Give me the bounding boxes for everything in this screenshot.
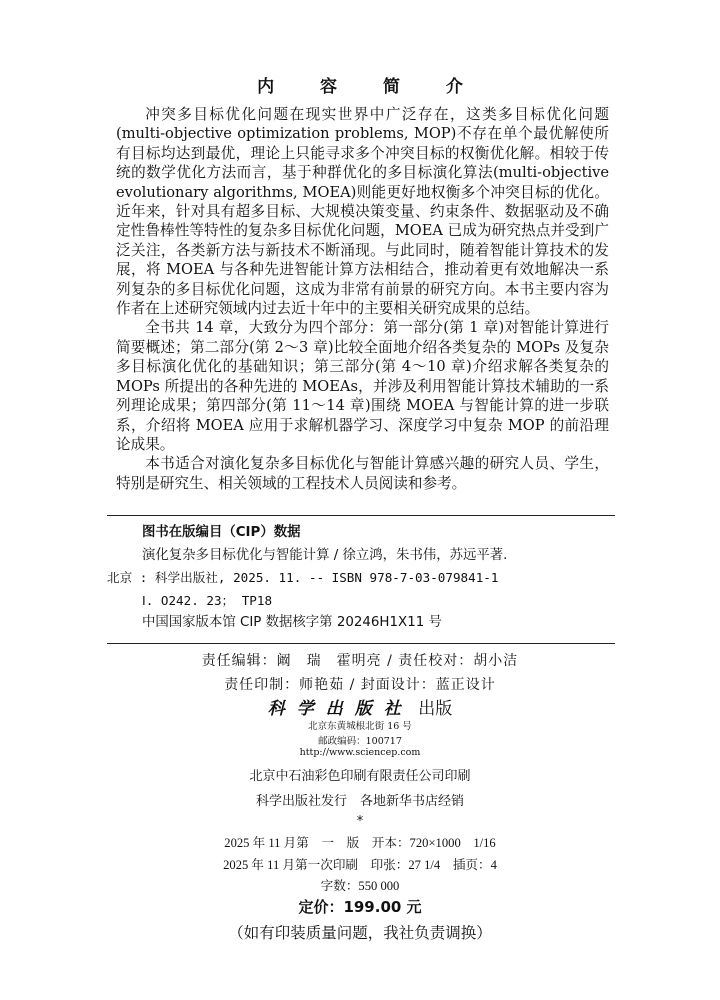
printing-line: 责任印制：师艳茹 / 封面设计：蓝正设计	[0, 674, 720, 694]
price: 定价：199.00 元	[0, 896, 720, 917]
intro-paragraph: 全书共 14 章，大致分为四个部分：第一部分(第 1 章)对智能计算进行简要概述…	[116, 318, 609, 454]
word-count: 字数：550 000	[0, 875, 720, 894]
distribution-line: 科学出版社发行 各地新华书店经销	[0, 790, 720, 809]
intro-paragraph: 冲突多目标优化问题在现实世界中广泛存在，这类多目标优化问题(multi-obje…	[116, 105, 609, 318]
cip-title-line: 演化复杂多目标优化与智能计算 / 徐立鸿，朱书伟，苏远平著.	[107, 545, 615, 568]
edition-line: 2025 年 11 月第 一 版 开本：720×1000 1/16	[0, 832, 720, 851]
cip-block: 图书在版编目（CIP）数据 演化复杂多目标优化与智能计算 / 徐立鸿，朱书伟，苏…	[107, 522, 615, 635]
printer-line: 北京中石油彩色印刷有限责任公司印刷	[0, 765, 720, 784]
separator-asterisk: *	[0, 814, 720, 829]
divider-top	[107, 515, 615, 516]
quality-note: （如有印装质量问题，我社负责调换）	[0, 921, 720, 943]
cip-heading: 图书在版编目（CIP）数据	[107, 522, 615, 545]
cip-classification: Ⅰ. O242. 23； TP18	[107, 590, 615, 613]
divider-bottom	[107, 643, 615, 644]
cip-publisher-line: 北京 : 科学出版社, 2025. 11. -- ISBN 978-7-03-0…	[107, 567, 615, 590]
publisher-suffix: 出版	[418, 699, 452, 719]
cip-record-number: 中国国家版本馆 CIP 数据核字第 20246H1X11 号	[107, 612, 615, 635]
page-title: 内 容 简 介	[0, 72, 720, 97]
printing-info-line: 2025 年 11 月第一次印刷 印张：27 1/4 插页：4	[0, 854, 720, 873]
editors-line: 责任编辑：阚 瑞 霍明亮 / 责任校对：胡小洁	[0, 650, 720, 670]
publisher-address: 北京东黄城根北街 16 号	[0, 718, 720, 732]
publisher-logo: 科学出版社	[268, 699, 413, 719]
publisher-postcode: 邮政编码：100717	[0, 733, 720, 747]
intro-paragraph: 本书适合对演化复杂多目标优化与智能计算感兴趣的研究人员、学生，特别是研究生、相关…	[116, 454, 609, 493]
intro-body: 冲突多目标优化问题在现实世界中广泛存在，这类多目标优化问题(multi-obje…	[116, 105, 609, 493]
publisher-url[interactable]: http://www.sciencep.com	[0, 747, 720, 758]
publisher-line: 科学出版社 出版	[0, 694, 720, 719]
